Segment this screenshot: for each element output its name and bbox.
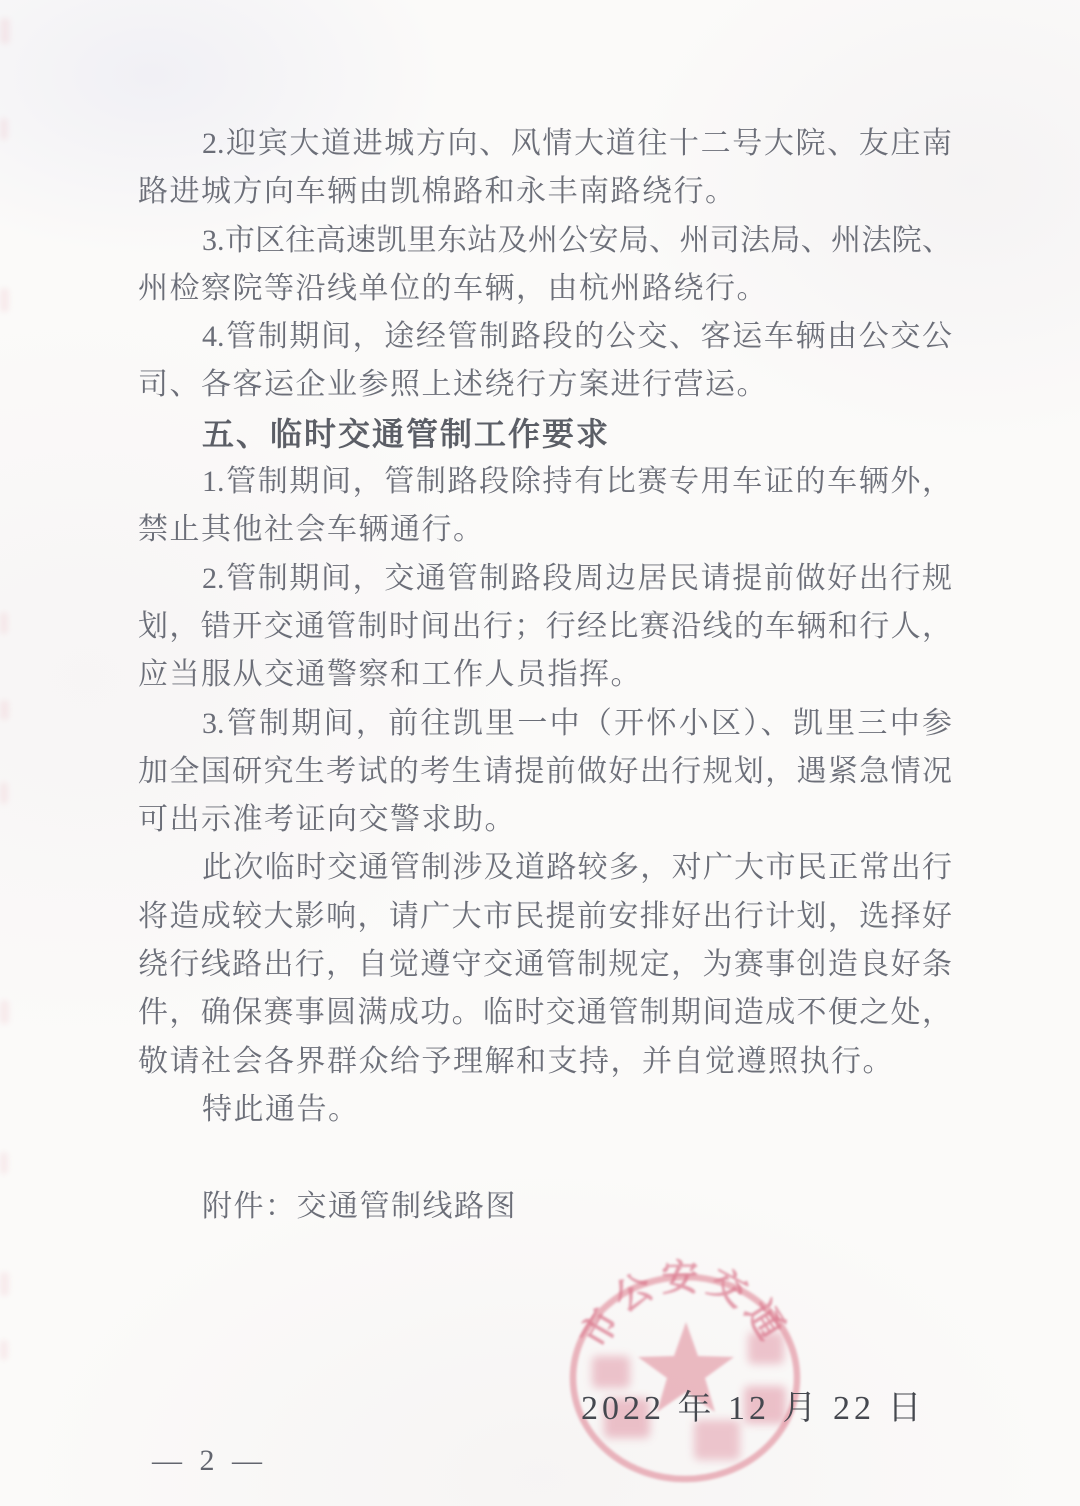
- scanned-notice-page: 2.迎宾大道进城方向、风情大道往十二号大院、友庄南路进城方向车辆由凯棉路和永丰南…: [0, 0, 1080, 1506]
- text-line: 司、各客运企业参照上述绕行方案进行营运。: [138, 361, 952, 409]
- scan-artifact: [0, 1272, 9, 1296]
- text-line: 特此通告。: [138, 1086, 952, 1134]
- text-line: 件，确保赛事圆满成功。临时交通管制期间造成不便之处，: [138, 989, 952, 1037]
- page-number: — 2 —: [152, 1444, 267, 1478]
- text-line: 可出示准考证向交警求助。: [138, 796, 952, 844]
- seal-ring-icon: [573, 1277, 797, 1479]
- text-line: 划，错开交通管制时间出行；行经比赛沿线的车辆和行人，: [138, 603, 952, 651]
- text-line: 敬请社会各界群众给予理解和支持，并自觉遵照执行。: [138, 1038, 952, 1086]
- text-line: 州检察院等沿线单位的车辆，由杭州路绕行。: [138, 265, 952, 313]
- text-line: 1.管制期间，管制路段除持有比赛专用车证的车辆外，: [138, 458, 952, 506]
- scan-artifact: [0, 118, 8, 140]
- scan-artifact: [0, 18, 10, 44]
- text-line: 2.迎宾大道进城方向、风情大道往十二号大院、友庄南: [138, 120, 952, 168]
- text-line: 3.市区往高速凯里东站及州公安局、州司法局、州法院、: [138, 217, 952, 265]
- text-line: 禁止其他社会车辆通行。: [138, 506, 952, 554]
- section-heading: 五、临时交通管制工作要求: [138, 410, 952, 458]
- scan-artifact: [0, 782, 8, 804]
- text-line: 绕行线路出行，自觉遵守交通管制规定，为赛事创造良好条: [138, 941, 952, 989]
- text-line: 加全国研究生考试的考生请提前做好出行规划，遇紧急情况: [138, 748, 952, 796]
- seal-smudge: [748, 1332, 784, 1364]
- document-body: 2.迎宾大道进城方向、风情大道往十二号大院、友庄南路进城方向车辆由凯棉路和永丰南…: [138, 120, 952, 1231]
- text-line: 2.管制期间，交通管制路段周边居民请提前做好出行规: [138, 555, 952, 603]
- text-line: 此次临时交通管制涉及道路较多，对广大市民正常出行: [138, 844, 952, 892]
- issue-date: 2022 年 12 月 22 日: [581, 1380, 926, 1429]
- text-line: 3.管制期间，前往凯里一中（开怀小区）、凯里三中参: [138, 700, 952, 748]
- scan-artifact: [0, 1152, 8, 1174]
- scan-artifact: [0, 1000, 9, 1024]
- text-line: 附件：交通管制线路图: [138, 1183, 952, 1231]
- scan-artifact: [0, 1340, 8, 1360]
- seal-arc-text: 市公安交通: [573, 1257, 795, 1356]
- text-line: 将造成较大影响，请广大市民提前安排好出行计划，选择好: [138, 893, 952, 941]
- scan-artifact: [0, 288, 9, 312]
- text-line: 应当服从交通警察和工作人员指挥。: [138, 651, 952, 699]
- text-line: 路进城方向车辆由凯棉路和永丰南路绕行。: [138, 168, 952, 216]
- text-line: 4.管制期间，途经管制路段的公交、客运车辆由公交公: [138, 313, 952, 361]
- scan-artifact: [0, 700, 9, 720]
- blank-line: [138, 1134, 952, 1182]
- scan-artifact: [0, 612, 8, 634]
